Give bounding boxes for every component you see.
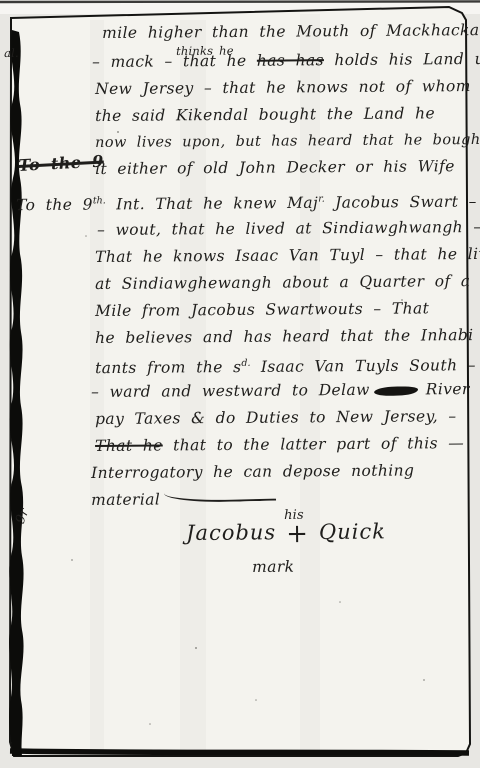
line-p2-10: That he that to the latter part of this … [95, 434, 464, 455]
line-p1-2-pre: – mack – that he [92, 52, 257, 71]
handwritten-text-layer: al. mile higher than the Mouth of Mackha… [0, 0, 480, 768]
line-p2-8: – ward and westward to DelawRiver [91, 380, 470, 401]
struck-false-start: That he [95, 436, 163, 455]
line-p2-5: Mile from Jacobus Swartwouts – That [95, 299, 429, 320]
line-p2-1: To the 9th. Int. That he knew Majr. Jaco… [16, 189, 477, 214]
line-p2-10-rest: that to the latter part of this — [163, 434, 465, 454]
line-p1-2: – mack – that he has has holds his Land … [92, 50, 480, 71]
closing-flourish [164, 487, 276, 504]
line-p2-9: pay Taxes & do Duties to New Jersey, – [95, 407, 457, 428]
line-p2-12: material [91, 490, 276, 509]
ink-blot [374, 385, 418, 396]
line-p1-6: it either of old John Decker or his Wife [95, 157, 455, 178]
line-p1-2-post: holds his Land under [324, 50, 480, 70]
line-p2-7-pre: tants from the s [95, 358, 241, 377]
line-p2-11: Interrogatory he can depose nothing [91, 461, 414, 482]
signature-mark-cross: + [286, 519, 309, 549]
line-p2-7: tants from the sd. Isaac Van Tuyls South… [95, 353, 476, 377]
line-p2-8-pre: – ward and westward to Delaw [91, 381, 370, 401]
heading-superscript: th. [93, 195, 106, 206]
line-p1-1: mile higher than the Mouth of Mackhacka … [102, 21, 480, 42]
line-p2-7-end: Isaac Van Tuyls South – [250, 356, 475, 376]
line-p2-1-end: Jacobus Swart – [325, 193, 477, 212]
signature-mark-label: mark [252, 558, 294, 576]
signature-name: Jacobus+Quick [186, 522, 386, 544]
line-p2-3: That he knows Isaac Van Tuyl – that he l… [95, 245, 480, 266]
line-p2-2: – wout, that he lived at Sindiawghwangh … [97, 218, 480, 239]
interrogatory-heading: To the 9 [16, 196, 93, 215]
struck-words: has has [257, 51, 324, 70]
line-p2-6: he believes and has heard that the Inhab… [95, 326, 480, 347]
heading-post: Int. [106, 195, 145, 213]
line-p1-3: New Jersey – that he knows not of whom [95, 77, 471, 98]
signature-surname: Quick [319, 519, 386, 544]
manuscript-photo: al. mile higher than the Mouth of Mackha… [0, 0, 480, 768]
line-p1-4: the said Kikendal bought the Land he [95, 104, 435, 125]
margin-top-note: al. [4, 44, 19, 62]
line-p2-8-end: River [426, 380, 470, 398]
line-p2-12-text: material [91, 490, 160, 509]
signature-given-name: Jacobus [186, 520, 276, 545]
line-p1-5: now lives upon, but has heard that he bo… [95, 131, 480, 152]
line-p2-1-rest: That he knew Maj [145, 194, 318, 213]
line-p2-4: at Sindiawghewangh about a Quarter of a [95, 272, 471, 293]
margin-struck-note: To the 9 [18, 153, 104, 175]
margin-lower-mark: 9r [12, 506, 34, 527]
